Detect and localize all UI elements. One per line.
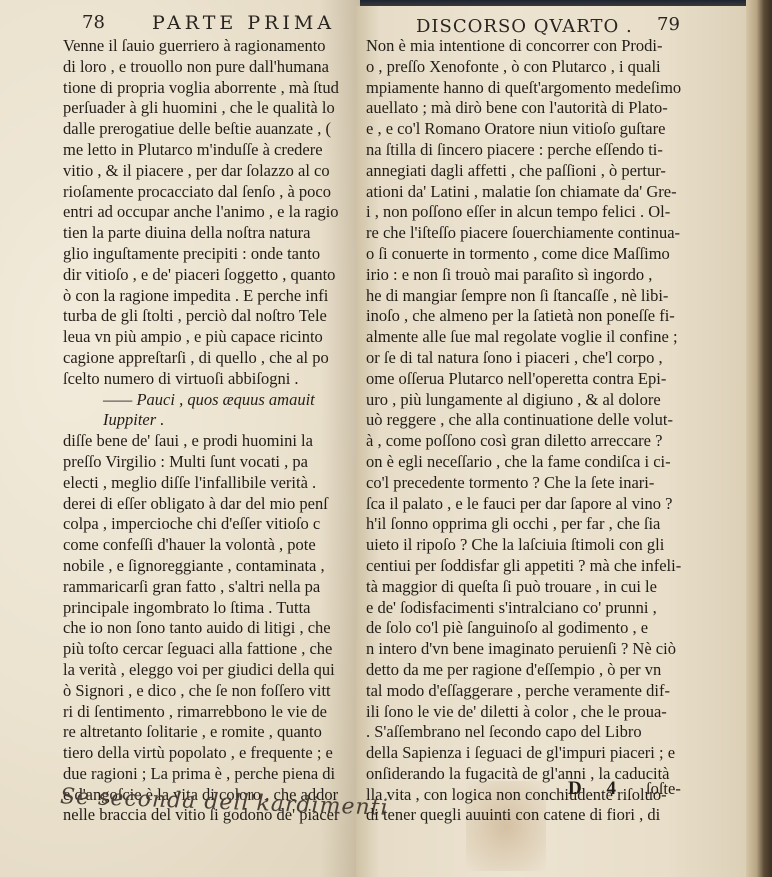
text-line: centiui per ſoddisfar gli appetiti ? mà …	[366, 556, 706, 577]
text-line: or ſe di tal natura ſono i piaceri , che…	[366, 348, 706, 369]
right-running-head: DISCORSO QVARTO .	[416, 16, 633, 37]
text-line: rammaricarſi gran fatto , s'altri nella …	[63, 577, 353, 598]
text-line: re che l'iſteſſo piacere ſouerchiamente …	[366, 223, 706, 244]
text-line: me letto in Plutarco m'induſſe à credere	[63, 140, 353, 161]
text-line: e , e co'l Romano Oratore niun vitioſo g…	[366, 119, 706, 140]
text-line: diſſe bene de' ſaui , e prodi huomini la	[63, 431, 353, 452]
text-line: Non è mia intentione di concorrer con Pr…	[366, 36, 706, 57]
text-line: uò reggere , che alla continuatione dell…	[366, 410, 706, 431]
text-line: re altretanto ſolitarie , e romite , qua…	[63, 722, 353, 743]
text-line: tal modo d'eſſaggerare , perche verament…	[366, 681, 706, 702]
text-line: due ragioni ; La prima è , perche piena …	[63, 764, 353, 785]
text-line: più toſto cercar ſeguaci alla fattione ,…	[63, 639, 353, 660]
text-line: cagione appreſtarſi , di quello , che al…	[63, 348, 353, 369]
text-line: o ſi conuerte in tormento , come dice Ma…	[366, 244, 706, 265]
catchword: ſoſte-	[646, 779, 681, 799]
text-line: della Sapienza i ſeguaci de gl'impuri pi…	[366, 743, 706, 764]
text-line: preſſo Virgilio : Multi ſunt vocati , pa	[63, 452, 353, 473]
text-line: detto da me per ragione d'eſſempio , ò p…	[366, 660, 706, 681]
text-line: nobile , e ſignoreggiante , contaminata …	[63, 556, 353, 577]
text-line: tien la parte diuina della noſtra natura	[63, 223, 353, 244]
text-line: n intero d'vn bene imaginato peruienſi ?…	[366, 639, 706, 660]
text-line: ò con la ragione impedita . E perche inf…	[63, 286, 353, 307]
text-line: ri di ſentimento , rimarrebbono le vie d…	[63, 702, 353, 723]
text-line: principale ingombrato lo ſtima . Tutta	[63, 598, 353, 619]
text-line: vitio , & il piacere , per dar ſolazzo a…	[63, 161, 353, 182]
signature-mark: D 4	[568, 778, 626, 800]
text-line: uro , più lungamente al digiuno , & al d…	[366, 390, 706, 411]
right-page-number: 79	[657, 14, 680, 35]
text-line: na ſtilla di ſincero piacere : perche eſ…	[366, 140, 706, 161]
latin-quote-line: Iuppiter .	[63, 410, 353, 431]
text-line: che io non ſono tanto auido di litigi , …	[63, 618, 353, 639]
text-line: à , come poſſono così gran diletto arrec…	[366, 431, 706, 452]
text-line: glio inguſtamente precipiti : onde tanto	[63, 244, 353, 265]
left-page-number: 78	[82, 12, 105, 33]
text-line: tione di propria voglia aborrente , mà ſ…	[63, 78, 353, 99]
text-line: electi , meglio diſſe l'infallibile veri…	[63, 473, 353, 494]
text-line: co'l precedente tormento ? Che la ſete i…	[366, 473, 706, 494]
text-line: entri ad occupar anche l'animo , e la ra…	[63, 202, 353, 223]
text-line: irio : e non ſi trouò mai paraſito sì in…	[366, 265, 706, 286]
text-line: ationi da' Latini , malatie ſon chiamate…	[366, 182, 706, 203]
text-line: ſca il palato , e le fauci per dar ſapor…	[366, 494, 706, 515]
text-line: come confeſſi d'hauer la volontà , pote	[63, 535, 353, 556]
text-line: leua vn più ampio , e più capace ricinto	[63, 327, 353, 348]
text-line: annegiati dagli affetti , che paſſioni ,…	[366, 161, 706, 182]
text-line: o , preſſo Xenofonte , ò con Plutarco , …	[366, 57, 706, 78]
text-line: dalle prerogatiue delle beſtie auanzate …	[63, 119, 353, 140]
left-running-head: PARTE PRIMA	[152, 12, 335, 34]
text-line: auellato ; mà dirò bene con l'autorità d…	[366, 98, 706, 119]
text-line: rioſamente procacciato dal ſenſo , à poc…	[63, 182, 353, 203]
text-line: inoſo , che almeno per la ſatietà non po…	[366, 306, 706, 327]
text-line: mpiamente hanno di queſt'argomento medeſ…	[366, 78, 706, 99]
page-edge	[746, 0, 772, 877]
text-line: la verità , eleggo voi per giudici della…	[63, 660, 353, 681]
text-line: perſuader à gli huomini , che le qualità…	[63, 98, 353, 119]
text-line: . S'aſſembrano nel ſecondo capo del Libr…	[366, 722, 706, 743]
text-line: ili ſono le vie de' diletti à color , ch…	[366, 702, 706, 723]
text-line: ò Signori , e dico , che ſe non foſſero …	[63, 681, 353, 702]
text-line: h'il ſonno opprima gli occhi , per far ,…	[366, 514, 706, 535]
text-line: tiero della virtù popolato , e frequente…	[63, 743, 353, 764]
text-line: almente alle ſue mal regolate voglie il …	[366, 327, 706, 348]
text-line: ome oſſerua Plutarco nell'operetta contr…	[366, 369, 706, 390]
text-line: i , non poſſono eſſer in alcun tempo fel…	[366, 202, 706, 223]
text-line: tà maggior di queſta ſi può trouare , in…	[366, 577, 706, 598]
text-line: he di mangiar ſempre non ſi ſtancaſſe , …	[366, 286, 706, 307]
text-line: uieto il ripoſo ? Che la laſciuia ſtimol…	[366, 535, 706, 556]
right-page-body: Non è mia intentione di concorrer con Pr…	[366, 36, 706, 826]
text-line: di loro , e trouollo non pure dall'human…	[63, 57, 353, 78]
text-line: de ſolo co'l piè ſanguinoſo al godimento…	[366, 618, 706, 639]
text-line: Venne il ſauio guerriero à ragionamento	[63, 36, 353, 57]
text-line: e de' ſodisfacimenti s'intralciano co' p…	[366, 598, 706, 619]
text-line: colpa , impercioche chi d'eſſer vitioſo …	[63, 514, 353, 535]
book-spread: 78 PARTE PRIMA DISCORSO QVARTO . 79 Venn…	[0, 0, 772, 877]
left-page-body: Venne il ſauio guerriero à ragionamento …	[63, 36, 353, 826]
latin-quote-line: —— Pauci , quos æquus amauit	[63, 390, 353, 411]
text-line: dir vitioſo , e de' piaceri ſoggetto , q…	[63, 265, 353, 286]
text-line: di tener quegli auuinti con catene di fi…	[366, 805, 706, 826]
text-line: ſcelto numero di virtuoſi abbiſogni .	[63, 369, 353, 390]
text-line: derei di eſſer obligato à dar del mio pe…	[63, 494, 353, 515]
text-line: on è egli neceſſario , che la fame condi…	[366, 452, 706, 473]
text-line: turba de gli ſtolti , perciò dal noſtro …	[63, 306, 353, 327]
